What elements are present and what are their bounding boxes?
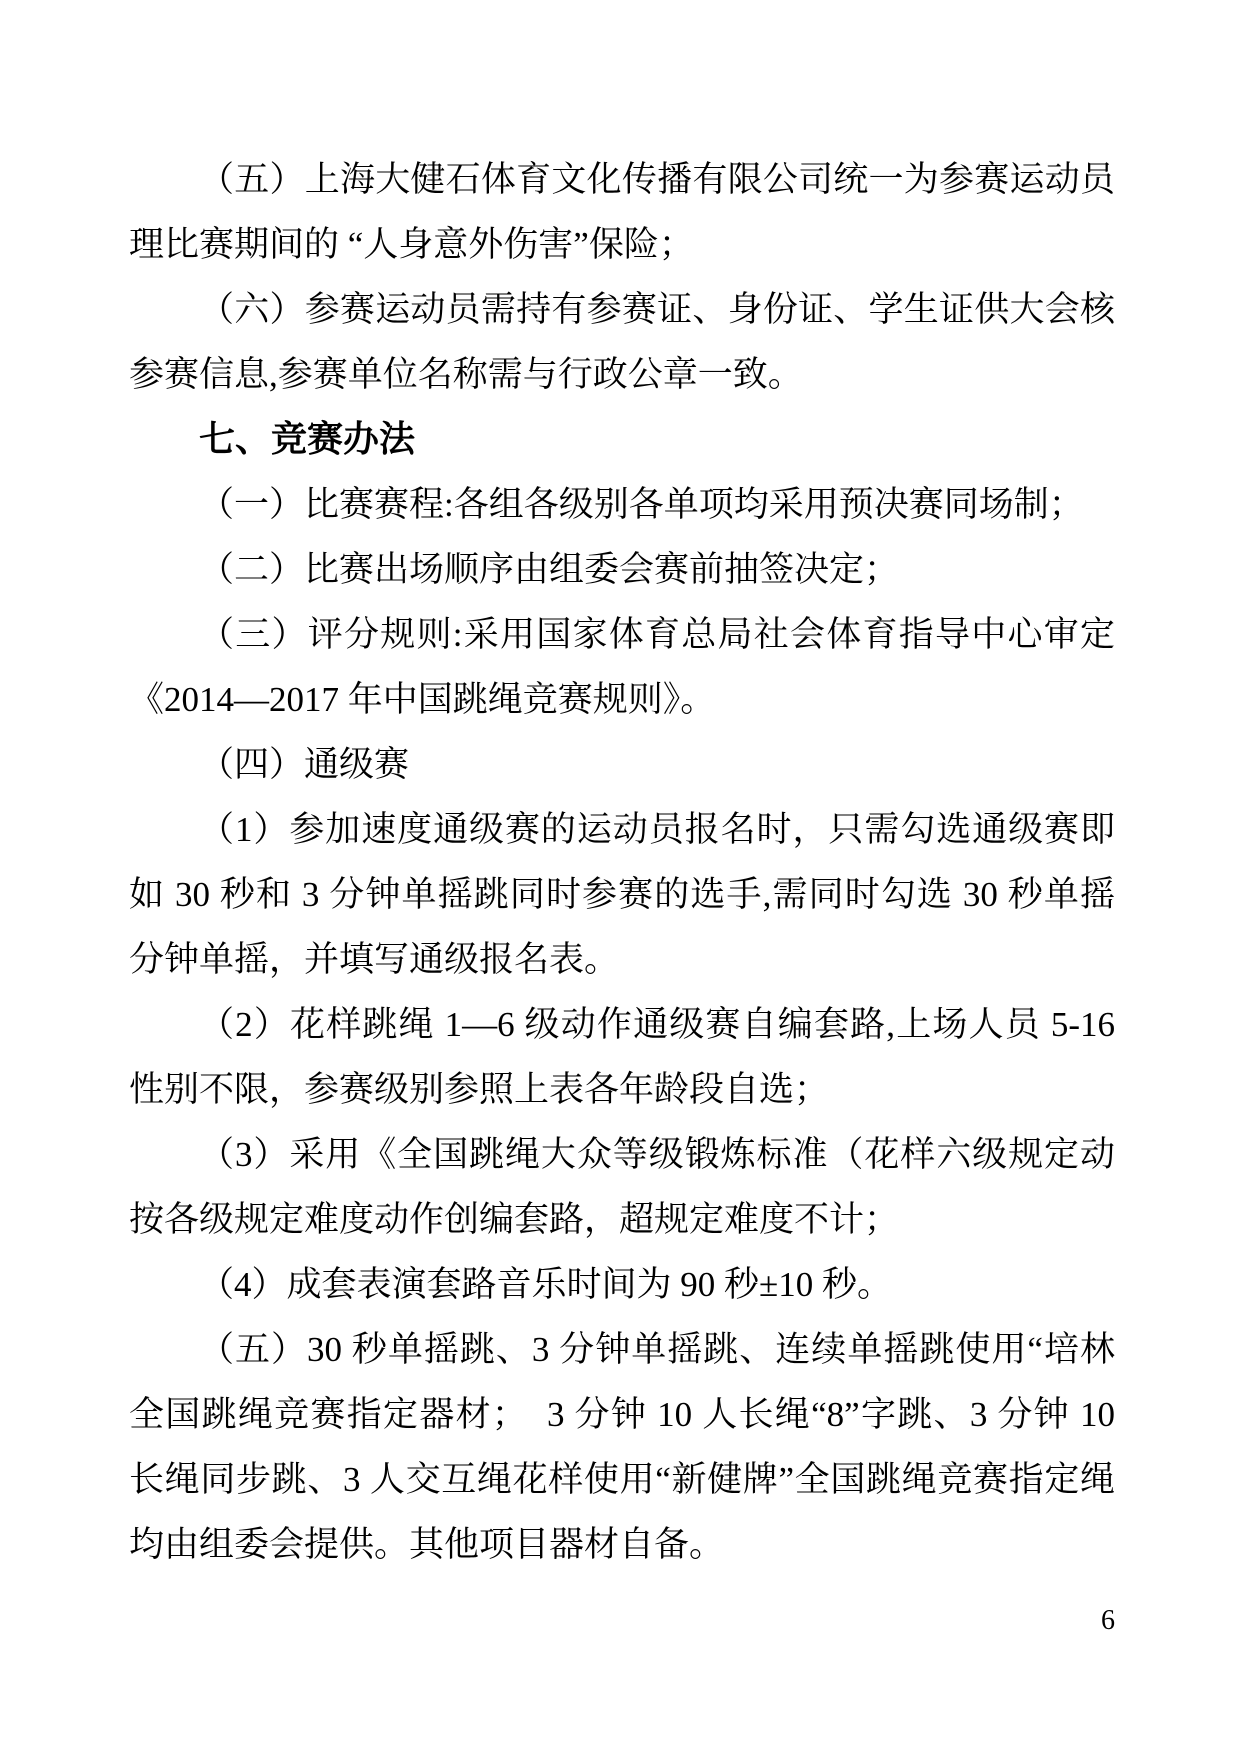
text-line: 全国跳绳竞赛指定器材； 3 分钟 10 人长绳“8”字跳、3 分钟 10 人 [129, 1382, 1115, 1447]
document-page: （五）上海大健石体育文化传播有限公司统一为参赛运动员办理比赛期间的 “人身意外伤… [0, 0, 1240, 1753]
text-block: （五）上海大健石体育文化传播有限公司统一为参赛运动员办理比赛期间的 “人身意外伤… [129, 147, 1115, 1577]
text-line: 理比赛期间的 “人身意外伤害”保险； [129, 212, 1115, 277]
text-line: （三）评分规则:采用国家体育总局社会体育指导中心审定的 [129, 602, 1115, 667]
text-line: （一）比赛赛程:各组各级别各单项均采用预决赛同场制； [129, 472, 1115, 537]
text-line: 分钟单摇，并填写通级报名表。 [129, 927, 1115, 992]
page-number: 6 [129, 1588, 1115, 1653]
text-line: 均由组委会提供。其他项目器材自备。 [129, 1512, 1115, 1577]
text-line: 性别不限，参赛级别参照上表各年龄段自选； [129, 1057, 1115, 1122]
text-line: （2）花样跳绳 1—6 级动作通级赛自编套路,上场人员 5-16 人, [129, 992, 1115, 1057]
text-line: （五）30 秒单摇跳、3 分钟单摇跳、连续单摇跳使用“培林牌” [129, 1317, 1115, 1382]
text-line: （1）参加速度通级赛的运动员报名时，只需勾选通级赛即可， [129, 797, 1115, 862]
section-heading: 七、竞赛办法 [129, 407, 1115, 472]
text-line: （3）采用《全国跳绳大众等级锻炼标准（花样六级规定动作）》, [129, 1122, 1115, 1187]
text-line: （二）比赛出场顺序由组委会赛前抽签决定； [129, 537, 1115, 602]
text-line: 《2014—2017 年中国跳绳竞赛规则》。 [129, 667, 1115, 732]
text-line: 长绳同步跳、3 人交互绳花样使用“新健牌”全国跳绳竞赛指定绳具， [129, 1447, 1115, 1512]
text-line: （4）成套表演套路音乐时间为 90 秒±10 秒。 [129, 1252, 1115, 1317]
text-line: 按各级规定难度动作创编套路，超规定难度不计； [129, 1187, 1115, 1252]
text-line: （五）上海大健石体育文化传播有限公司统一为参赛运动员办 [129, 147, 1115, 212]
text-line: 如 30 秒和 3 分钟单摇跳同时参赛的选手,需同时勾选 30 秒单摇或 3 [129, 862, 1115, 927]
text-line: （四）通级赛 [129, 732, 1115, 797]
text-line: 参赛信息,参赛单位名称需与行政公章一致。 [129, 342, 1115, 407]
text-line: （六）参赛运动员需持有参赛证、身份证、学生证供大会核对 [129, 277, 1115, 342]
